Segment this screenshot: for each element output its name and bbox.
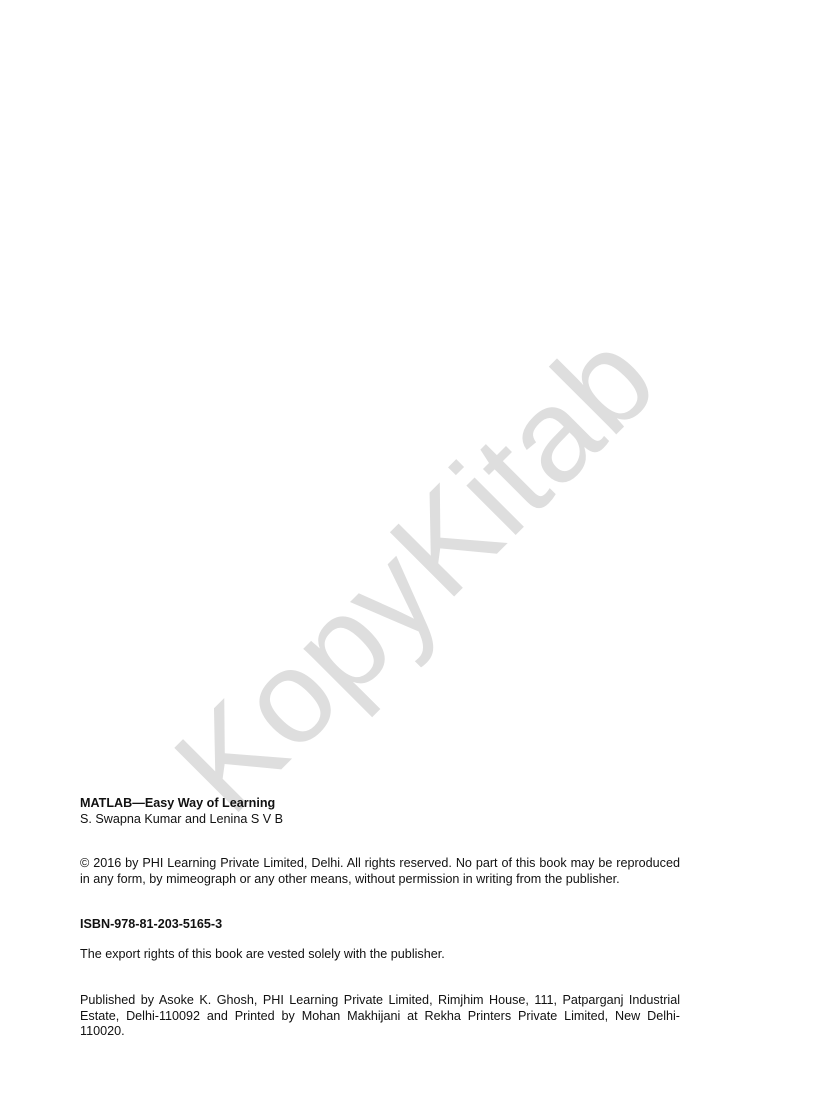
publisher-info: Published by Asoke K. Ghosh, PHI Learnin…: [80, 993, 680, 1040]
book-authors: S. Swapna Kumar and Lenina S V B: [80, 812, 680, 828]
isbn-number: ISBN-978-81-203-5165-3: [80, 917, 680, 933]
watermark-text: KopyKitab: [152, 309, 677, 834]
export-rights-notice: The export rights of this book are veste…: [80, 947, 680, 963]
book-info: MATLAB—Easy Way of Learning S. Swapna Ku…: [80, 796, 680, 827]
book-title: MATLAB—Easy Way of Learning: [80, 796, 680, 812]
copyright-notice: © 2016 by PHI Learning Private Limited, …: [80, 856, 680, 887]
